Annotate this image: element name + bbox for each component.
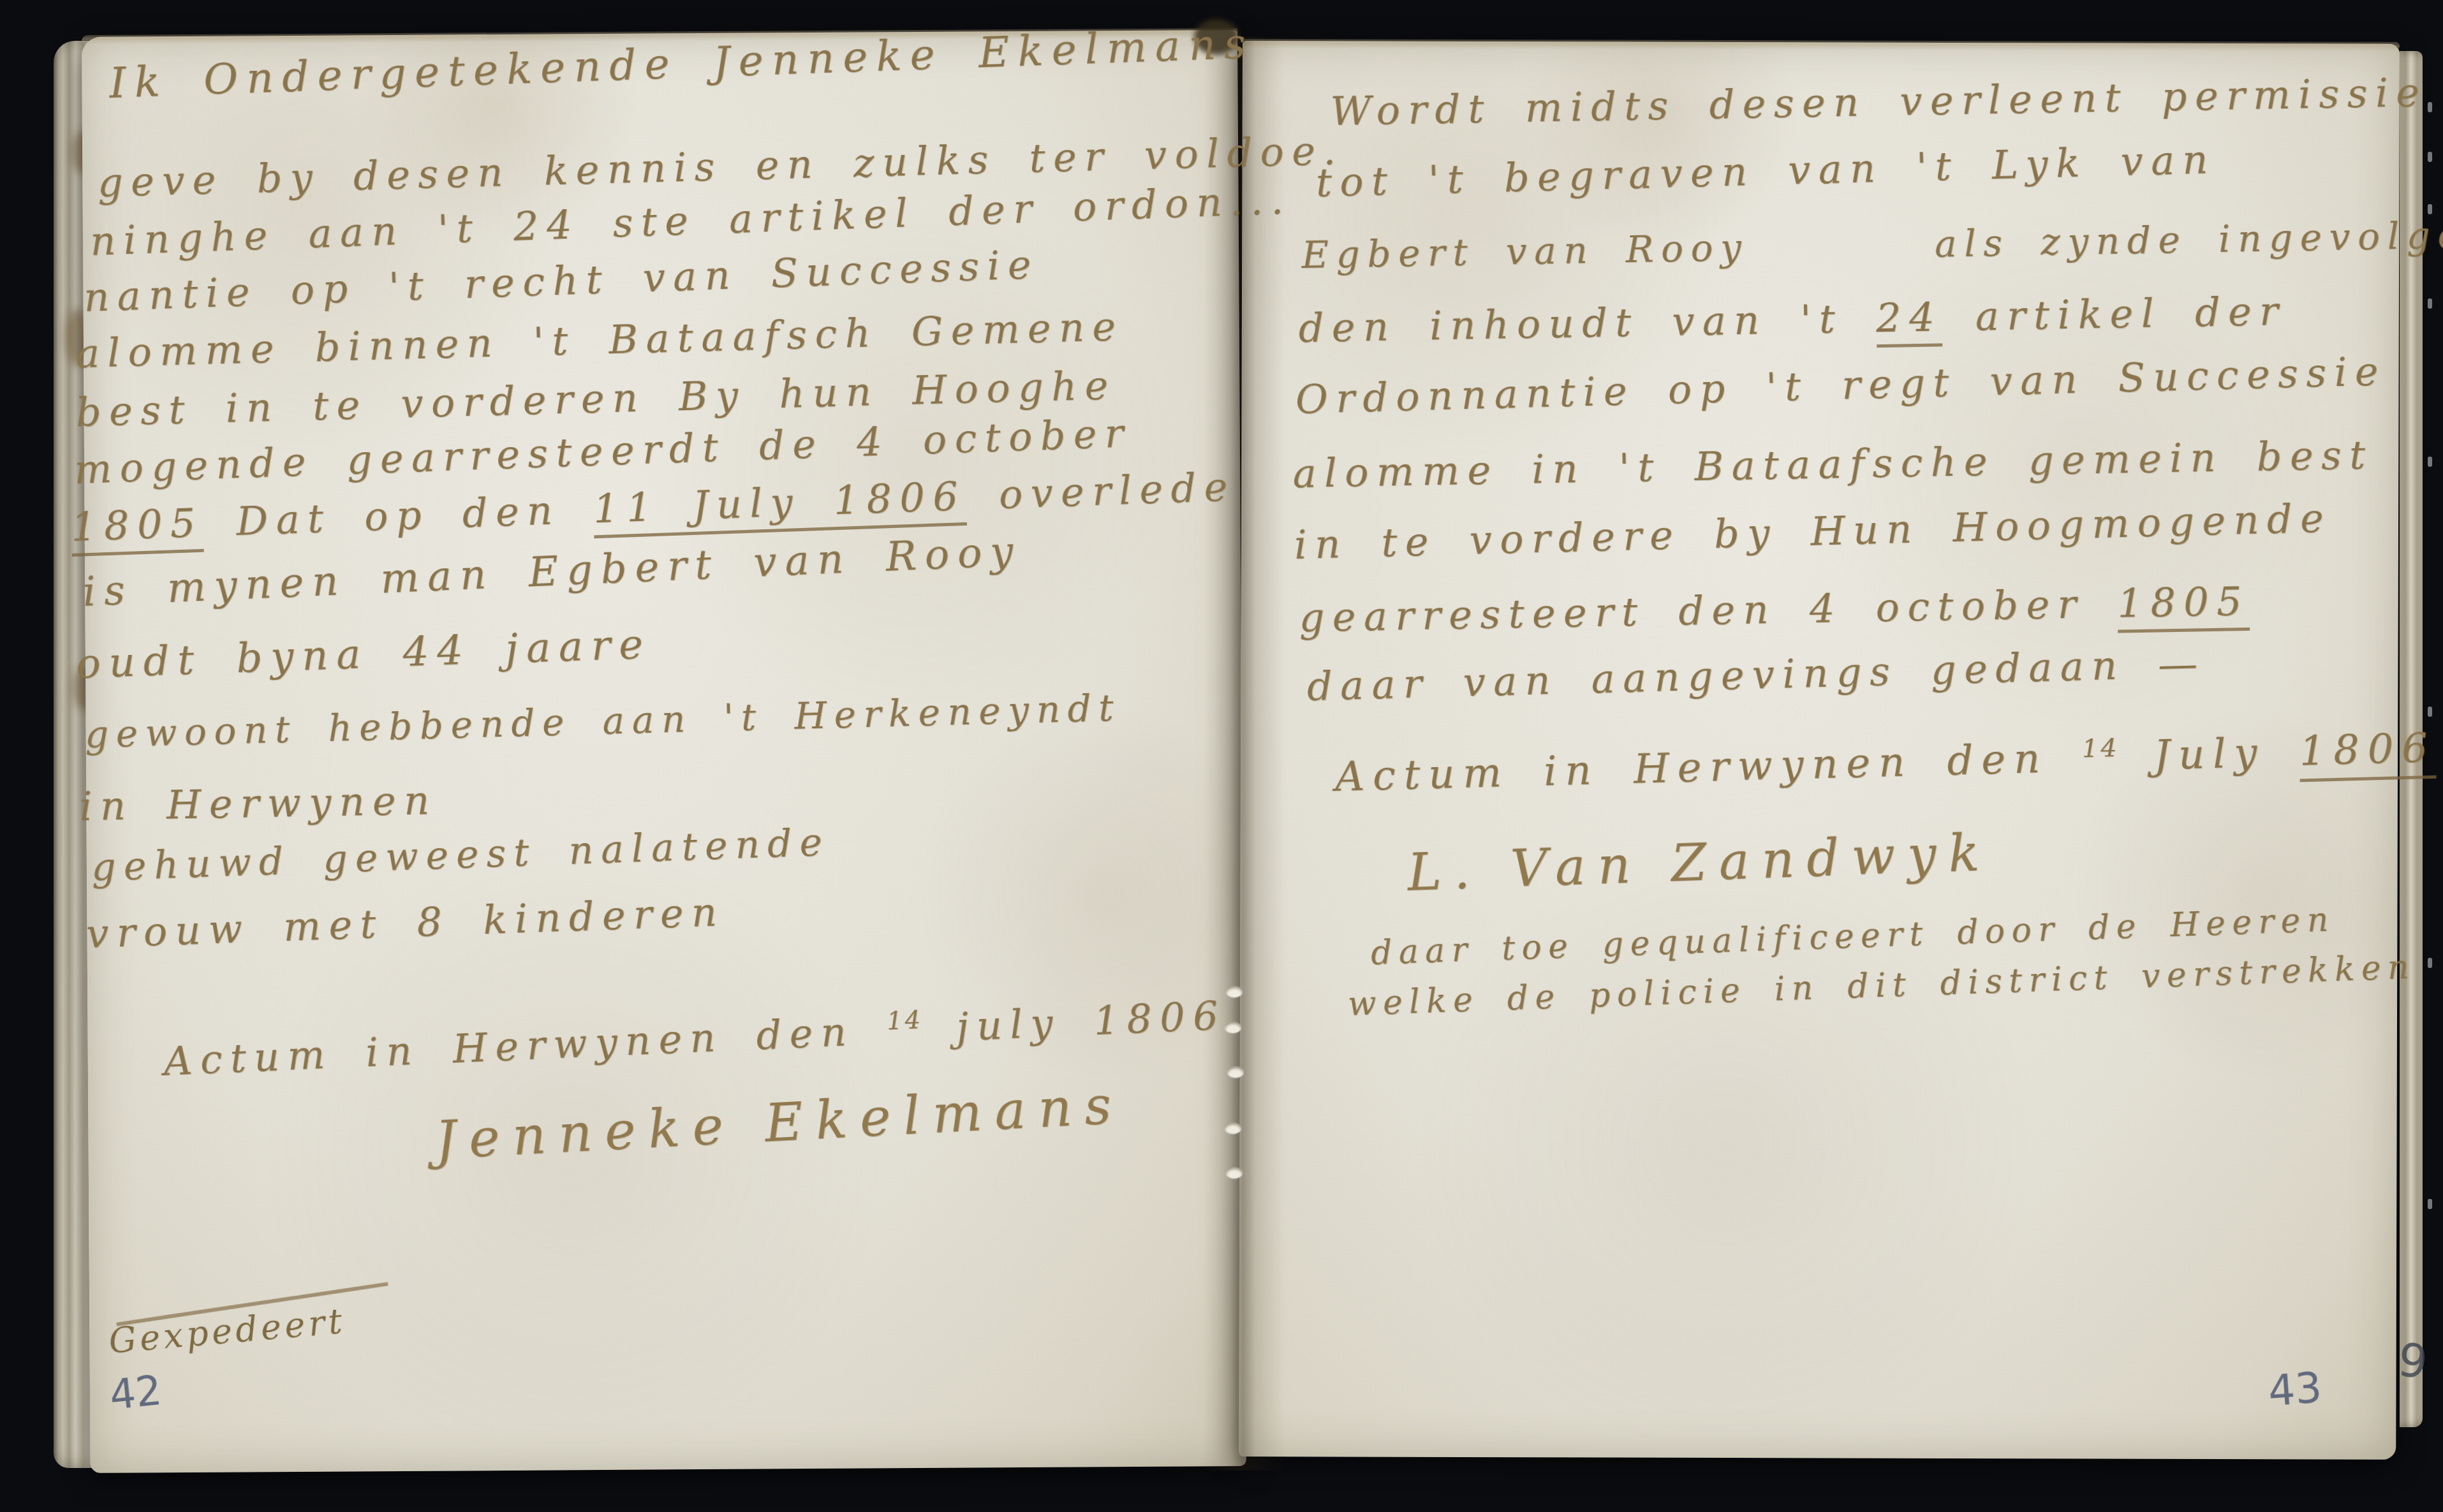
left-page [82,30,1246,1473]
photograph-background: Ik Ondergetekende Jenneke Ekelmansgeve b… [0,0,2443,1512]
ink-blot [1194,19,1239,55]
page-top-edge [82,28,1237,45]
fore-edge-right [2400,51,2423,1427]
page-top-edge [1243,39,2400,52]
left-page-number: 42 [107,1367,164,1420]
right-page [1239,41,2400,1460]
edge-page-number-fragment: 9 [2395,1333,2431,1390]
right-page-number: 43 [2266,1363,2323,1416]
